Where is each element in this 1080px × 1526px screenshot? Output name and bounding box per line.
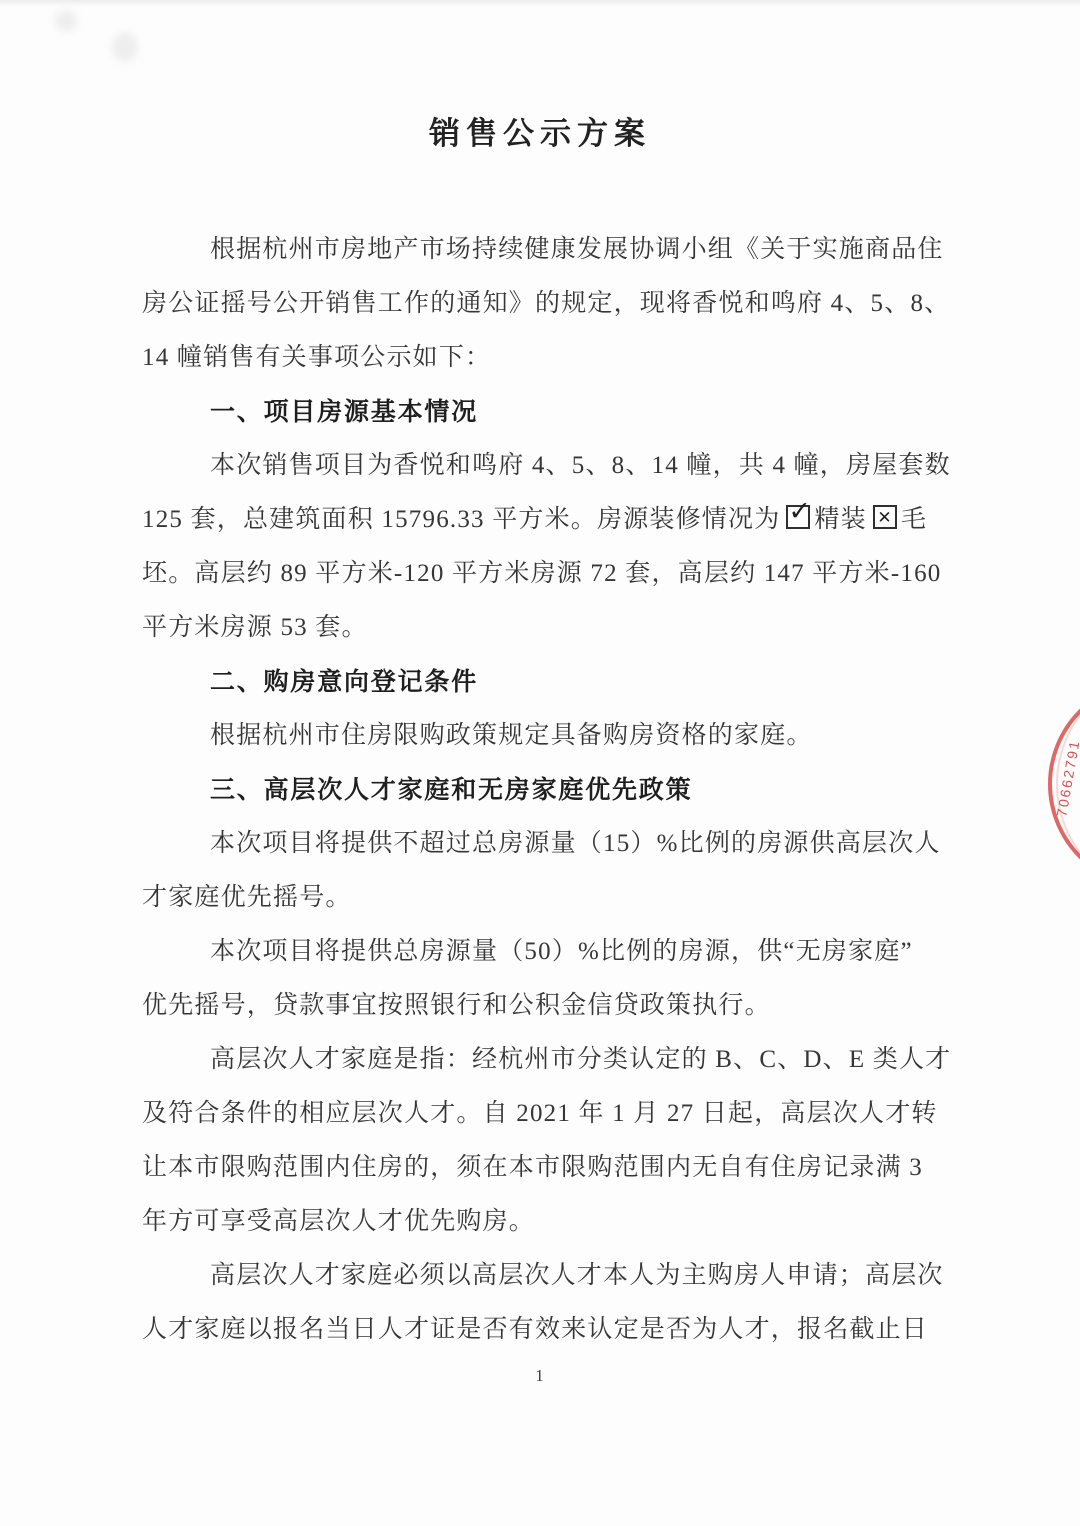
body-line: 本次销售项目为香悦和鸣府 4、5、8、14 幢，共 4 幢，房屋套数 bbox=[142, 439, 942, 493]
body-line: 根据杭州市房地产市场持续健康发展协调小组《关于实施商品住 bbox=[142, 223, 942, 277]
scan-artifact bbox=[55, 10, 77, 32]
body-line: 房公证摇号公开销售工作的通知》的规定，现将香悦和鸣府 4、5、8、 bbox=[142, 277, 942, 331]
section-heading-1: 一、项目房源基本情况 bbox=[142, 385, 942, 439]
body-line: 根据杭州市住房限购政策规定具备购房资格的家庭。 bbox=[142, 709, 942, 763]
body-line: 平方米房源 53 套。 bbox=[142, 601, 942, 655]
page-title: 销售公示方案 bbox=[0, 108, 1080, 153]
body-line: 本次项目将提供不超过总房源量（15）%比例的房源供高层次人 bbox=[142, 817, 942, 871]
body-line: 年方可享受高层次人才优先购房。 bbox=[142, 1195, 942, 1249]
scan-top-edge bbox=[0, 0, 1080, 7]
option-label-jingzhuang: 精装 bbox=[814, 506, 866, 533]
option-label-mao: 毛 bbox=[901, 506, 927, 533]
body-line: 14 幢销售有关事项公示如下： bbox=[142, 331, 942, 385]
body-line: 优先摇号，贷款事宜按照银行和公积金信贷政策执行。 bbox=[142, 979, 942, 1033]
x-mark-icon: ✕ bbox=[877, 508, 892, 528]
page-number: 1 bbox=[0, 1366, 1080, 1386]
document-page: 销售公示方案 根据杭州市房地产市场持续健康发展协调小组《关于实施商品住 房公证摇… bbox=[0, 0, 1080, 1526]
body-line: 才家庭优先摇号。 bbox=[142, 871, 942, 925]
body-line: 高层次人才家庭是指：经杭州市分类认定的 B、C、D、E 类人才 bbox=[142, 1033, 942, 1087]
body-line: 让本市限购范围内住房的，须在本市限购范围内无自有住房记录满 3 bbox=[142, 1141, 942, 1195]
section-heading-3: 三、高层次人才家庭和无房家庭优先政策 bbox=[142, 763, 942, 817]
checkbox-crossed-icon: ✕ bbox=[873, 505, 897, 529]
checkbox-checked-icon: ✓ bbox=[786, 505, 810, 529]
scan-artifact bbox=[112, 32, 138, 62]
body-line: 及符合条件的相应层次人才。自 2021 年 1 月 27 日起，高层次人才转 bbox=[142, 1087, 942, 1141]
body-line: 人才家庭以报名当日人才证是否有效来认定是否为人才，报名截止日 bbox=[142, 1303, 942, 1357]
body-line: 高层次人才家庭必须以高层次人才本人为主购房人申请；高层次 bbox=[142, 1249, 942, 1303]
document-body: 根据杭州市房地产市场持续健康发展协调小组《关于实施商品住 房公证摇号公开销售工作… bbox=[142, 223, 942, 1357]
decoration-prefix-text: 125 套，总建筑面积 15796.33 平方米。房源装修情况为 bbox=[142, 506, 780, 533]
check-mark-icon: ✓ bbox=[788, 496, 812, 527]
body-line: 坯。高层约 89 平方米-120 平方米房源 72 套，高层约 147 平方米-… bbox=[142, 547, 942, 601]
body-line: 本次项目将提供总房源量（50）%比例的房源，供“无房家庭” bbox=[142, 925, 942, 979]
body-line-decoration-options: 125 套，总建筑面积 15796.33 平方米。房源装修情况为✓精装✕毛 bbox=[142, 493, 942, 547]
section-heading-2: 二、购房意向登记条件 bbox=[142, 655, 942, 709]
